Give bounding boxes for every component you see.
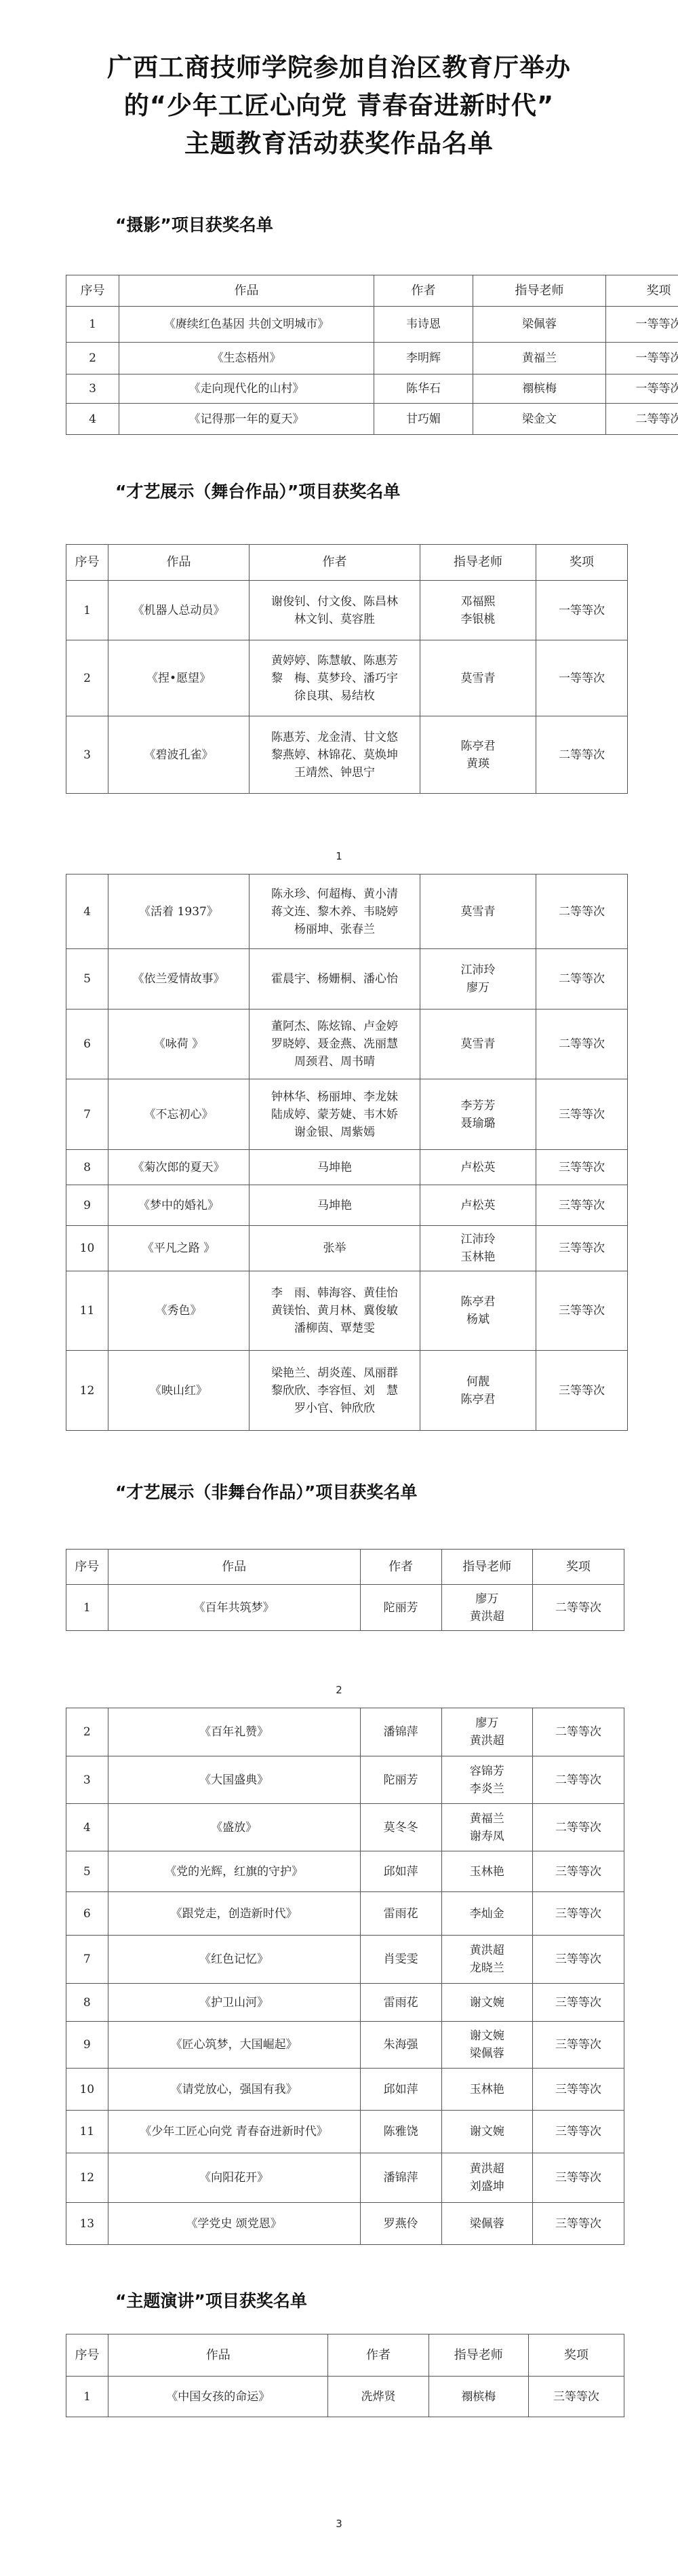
teacher-line: 玉林艳 [445, 2081, 530, 2098]
cell-work: 《百年共筑梦》 [108, 1585, 360, 1631]
cell-award: 二等等次 [536, 716, 628, 794]
cell-work: 《学党史 颂党恩》 [108, 2203, 360, 2245]
cell-work: 《请党放心，强国有我》 [108, 2069, 360, 2111]
col-header-work: 作品 [108, 1550, 360, 1585]
cell-author: 李 雨、韩海容、黄佳怡黄镁怡、黄月林、冀俊敏潘柳茵、覃楚雯 [250, 1271, 420, 1351]
cell-author: 邱如萍 [360, 2069, 441, 2111]
cell-teacher: 谢文婉 [441, 2111, 532, 2153]
teacher-line: 梁佩蓉 [445, 2215, 530, 2233]
cell-award: 二等等次 [532, 1804, 624, 1851]
col-header-no: 序号 [66, 1550, 108, 1585]
cell-teacher: 廖万黄洪超 [441, 1585, 532, 1631]
col-header-teacher: 指导老师 [441, 1550, 532, 1585]
cell-teacher: 梁佩蓉 [441, 2203, 532, 2245]
title-line-1: 广西工商技师学院参加自治区教育厅举办 [0, 49, 678, 87]
teacher-line: 玉林艳 [445, 1863, 530, 1881]
table-row: 3 《走向现代化的山村》 陈华石 禤槟梅 一等等次 [66, 374, 678, 404]
cell-award: 二等等次 [536, 1010, 628, 1079]
author-line: 王靖然、钟思宁 [252, 764, 417, 782]
cell-no: 10 [66, 2069, 108, 2111]
page-number-1: 1 [0, 850, 678, 862]
teacher-line: 莫雪青 [423, 670, 533, 687]
author-line: 陈惠芳、龙金清、甘文悠 [252, 729, 417, 746]
cell-author: 陀丽芳 [360, 1585, 441, 1631]
table-row: 4 《活着 1937》 陈永珍、何超梅、黄小清蒋文连、黎木养、韦晓婷杨丽坤、张春… [66, 874, 628, 949]
table-row: 1 《中国女孩的命运》 冼烨贤 禤槟梅 三等等次 [66, 2377, 624, 2417]
table-row: 6 《跟党走，创造新时代》 雷雨花 李灿金 三等等次 [66, 1892, 624, 1936]
cell-author: 陈雅饶 [360, 2111, 441, 2153]
table-row: 1 《赓续红色基因 共创文明城市》 韦诗恩 梁佩蓉 一等等次 [66, 307, 678, 343]
teacher-line: 陈亭君 [423, 1391, 533, 1408]
table-row: 5 《依兰爱情故事》 霍晨宇、杨姗桐、潘心怡 江沛玲廖万 二等等次 [66, 949, 628, 1010]
cell-author: 朱海强 [360, 2022, 441, 2069]
cell-award: 三等等次 [532, 2203, 624, 2245]
teacher-line: 黄洪超 [445, 1608, 530, 1626]
cell-award: 二等等次 [532, 1708, 624, 1756]
table-header-row: 序号 作品 作者 指导老师 奖项 [66, 275, 678, 307]
cell-author: 韦诗恩 [374, 307, 473, 343]
teacher-line: 龙晓兰 [445, 1959, 530, 1977]
cell-award: 二等等次 [606, 404, 678, 435]
stage-awards-table-part1: 序号 作品 作者 指导老师 奖项 1 《机器人总动员》 谢俊钊、付文俊、陈昌林林… [66, 544, 628, 794]
cell-no: 3 [66, 716, 108, 794]
cell-teacher: 玉林艳 [441, 1851, 532, 1892]
cell-author: 陈惠芳、龙金清、甘文悠黎燕婷、林锦花、莫焕坤王靖然、钟思宁 [250, 716, 420, 794]
cell-no: 8 [66, 1150, 108, 1185]
title-line-2: 的“少年工匠心向党 青春奋进新时代” [0, 87, 678, 125]
section-heading-speech: “主题演讲”项目获奖名单 [115, 2288, 307, 2312]
cell-author: 莫冬冬 [360, 1804, 441, 1851]
teacher-line: 江沛玲 [423, 1231, 533, 1248]
col-header-no: 序号 [66, 545, 108, 581]
table-row: 5 《党的光辉，红旗的守护》 邱如萍 玉林艳 三等等次 [66, 1851, 624, 1892]
teacher-line: 聂瑜璐 [423, 1115, 533, 1132]
table-row: 2 《捏•愿望》 黄婷婷、陈慧敏、陈惠芳黎 梅、莫梦玲、潘巧宇徐良琪、易结枚 莫… [66, 640, 628, 716]
author-line: 马坤艳 [252, 1197, 417, 1214]
table-row: 11 《少年工匠心向党 青春奋进新时代》 陈雅饶 谢文婉 三等等次 [66, 2111, 624, 2153]
teacher-line: 何靓 [423, 1373, 533, 1391]
cell-work: 《捏•愿望》 [108, 640, 250, 716]
cell-award: 二等等次 [532, 1756, 624, 1804]
teacher-line: 梁佩蓉 [445, 2045, 530, 2062]
teacher-line: 李灿金 [445, 1905, 530, 1923]
table-row: 1 《百年共筑梦》 陀丽芳 廖万黄洪超 二等等次 [66, 1585, 624, 1631]
cell-no: 9 [66, 1185, 108, 1226]
cell-work: 《中国女孩的命运》 [108, 2377, 328, 2417]
cell-award: 三等等次 [536, 1150, 628, 1185]
table-header-row: 序号 作品 作者 指导老师 奖项 [66, 1550, 624, 1585]
cell-work: 《依兰爱情故事》 [108, 949, 250, 1010]
col-header-work: 作品 [108, 545, 250, 581]
teacher-line: 卢松英 [423, 1197, 533, 1214]
cell-award: 三等等次 [532, 1851, 624, 1892]
cell-award: 三等等次 [536, 1226, 628, 1271]
cell-award: 三等等次 [536, 1185, 628, 1226]
cell-award: 三等等次 [536, 1351, 628, 1431]
cell-teacher: 黄福兰 [473, 343, 606, 374]
author-line: 黄镁怡、黄月林、冀俊敏 [252, 1302, 417, 1320]
cell-author: 冼烨贤 [328, 2377, 428, 2417]
section-heading-non-stage: “才艺展示（非舞台作品）”项目获奖名单 [115, 1479, 417, 1503]
teacher-line: 容锦芳 [445, 1763, 530, 1780]
page-number-2: 2 [0, 1684, 678, 1696]
title-line-3: 主题教育活动获奖作品名单 [0, 125, 678, 163]
cell-award: 一等等次 [536, 581, 628, 640]
cell-no: 4 [66, 404, 119, 435]
author-line: 谢金银、周紫嫣 [252, 1123, 417, 1141]
cell-work: 《菊次郎的夏天》 [108, 1150, 250, 1185]
cell-no: 1 [66, 581, 108, 640]
cell-author: 马坤艳 [250, 1150, 420, 1185]
author-line: 霍晨宇、杨姗桐、潘心怡 [252, 970, 417, 988]
non-stage-awards-table-part1: 序号 作品 作者 指导老师 奖项 1 《百年共筑梦》 陀丽芳 廖万黄洪超 二等等… [66, 1549, 624, 1631]
author-line: 董阿杰、陈炫锦、卢金婷 [252, 1018, 417, 1035]
cell-teacher: 谢文婉 [441, 1984, 532, 2022]
cell-author: 李明辉 [374, 343, 473, 374]
cell-author: 谢俊钊、付文俊、陈昌林林文钊、莫容胜 [250, 581, 420, 640]
cell-teacher: 黄洪超龙晓兰 [441, 1936, 532, 1984]
table-row: 2 《百年礼赞》 潘锦萍 廖万黄洪超 二等等次 [66, 1708, 624, 1756]
speech-awards-table: 序号 作品 作者 指导老师 奖项 1 《中国女孩的命运》 冼烨贤 禤槟梅 三等等… [66, 2334, 624, 2417]
cell-award: 三等等次 [536, 1271, 628, 1351]
author-line: 黄婷婷、陈慧敏、陈惠芳 [252, 652, 417, 670]
col-header-work: 作品 [108, 2334, 328, 2377]
teacher-line: 莫雪青 [423, 1035, 533, 1053]
cell-work: 《碧波孔雀》 [108, 716, 250, 794]
col-header-award: 奖项 [532, 1550, 624, 1585]
table-row: 13 《学党史 颂党恩》 罗燕伶 梁佩蓉 三等等次 [66, 2203, 624, 2245]
col-header-no: 序号 [66, 2334, 108, 2377]
author-line: 张举 [252, 1239, 417, 1257]
cell-author: 甘巧媚 [374, 404, 473, 435]
table-row: 8 《护卫山河》 雷雨花 谢文婉 三等等次 [66, 1984, 624, 2022]
teacher-line: 黄洪超 [445, 1942, 530, 1959]
teacher-line: 廖万 [423, 979, 533, 997]
cell-award: 三等等次 [532, 2022, 624, 2069]
cell-author: 罗燕伶 [360, 2203, 441, 2245]
cell-award: 三等等次 [532, 1936, 624, 1984]
cell-author: 潘锦萍 [360, 1708, 441, 1756]
col-header-no: 序号 [66, 275, 119, 307]
table-row: 6 《咏荷 》 董阿杰、陈炫锦、卢金婷罗晓婷、聂金燕、冼丽慧周颈君、周书晴 莫雪… [66, 1010, 628, 1079]
table-row: 4 《记得那一年的夏天》 甘巧媚 梁金文 二等等次 [66, 404, 678, 435]
cell-award: 三等等次 [532, 1984, 624, 2022]
col-header-teacher: 指导老师 [420, 545, 536, 581]
author-line: 梁艳兰、胡炎莲、凤丽群 [252, 1364, 417, 1382]
cell-author: 张举 [250, 1226, 420, 1271]
table-row: 11 《秀色》 李 雨、韩海容、黄佳怡黄镁怡、黄月林、冀俊敏潘柳茵、覃楚雯 陈亭… [66, 1271, 628, 1351]
photography-awards-table: 序号 作品 作者 指导老师 奖项 1 《赓续红色基因 共创文明城市》 韦诗恩 梁… [66, 275, 678, 435]
cell-author: 钟林华、杨丽坤、李龙妹陆成婷、蒙芳婕、韦木娇谢金银、周紫嫣 [250, 1079, 420, 1150]
author-line: 黎燕婷、林锦花、莫焕坤 [252, 746, 417, 764]
teacher-line: 谢文婉 [445, 2123, 530, 2140]
cell-work: 《梦中的婚礼》 [108, 1185, 250, 1226]
author-line: 周颈君、周书晴 [252, 1053, 417, 1071]
cell-no: 6 [66, 1010, 108, 1079]
teacher-line: 黄瑛 [423, 755, 533, 773]
cell-teacher: 黄福兰谢寿凤 [441, 1804, 532, 1851]
cell-author: 邱如萍 [360, 1851, 441, 1892]
cell-teacher: 李芳芳聂瑜璐 [420, 1079, 536, 1150]
teacher-line: 江沛玲 [423, 961, 533, 979]
author-line: 陈永珍、何超梅、黄小清 [252, 885, 417, 903]
cell-teacher: 陈亭君杨斌 [420, 1271, 536, 1351]
cell-no: 5 [66, 949, 108, 1010]
cell-author: 董阿杰、陈炫锦、卢金婷罗晓婷、聂金燕、冼丽慧周颈君、周书晴 [250, 1010, 420, 1079]
cell-author: 陈华石 [374, 374, 473, 404]
cell-work: 《活着 1937》 [108, 874, 250, 949]
author-line: 蒋文连、黎木养、韦晓婷 [252, 903, 417, 921]
cell-work: 《咏荷 》 [108, 1010, 250, 1079]
cell-teacher: 容锦芳李炎兰 [441, 1756, 532, 1804]
cell-author: 雷雨花 [360, 1984, 441, 2022]
author-line: 马坤艳 [252, 1159, 417, 1176]
col-header-award: 奖项 [536, 545, 628, 581]
table-header-row: 序号 作品 作者 指导老师 奖项 [66, 545, 628, 581]
cell-award: 一等等次 [606, 307, 678, 343]
author-line: 徐良琪、易结枚 [252, 687, 417, 705]
author-line: 陆成婷、蒙芳婕、韦木娇 [252, 1106, 417, 1123]
teacher-line: 莫雪青 [423, 903, 533, 921]
teacher-line: 廖万 [445, 1590, 530, 1608]
cell-teacher: 李灿金 [441, 1892, 532, 1936]
cell-work: 《记得那一年的夏天》 [119, 404, 374, 435]
cell-no: 7 [66, 1079, 108, 1150]
section-heading-stage: “才艺展示（舞台作品）”项目获奖名单 [115, 478, 400, 503]
table-row: 3 《碧波孔雀》 陈惠芳、龙金清、甘文悠黎燕婷、林锦花、莫焕坤王靖然、钟思宁 陈… [66, 716, 628, 794]
teacher-line: 李炎兰 [445, 1780, 530, 1798]
cell-teacher: 禤槟梅 [428, 2377, 528, 2417]
cell-award: 二等等次 [536, 949, 628, 1010]
teacher-line: 黄福兰 [445, 1810, 530, 1828]
cell-award: 三等等次 [532, 2069, 624, 2111]
table-header-row: 序号 作品 作者 指导老师 奖项 [66, 2334, 624, 2377]
col-header-author: 作者 [374, 275, 473, 307]
cell-author: 肖雯雯 [360, 1936, 441, 1984]
table-row: 3 《大国盛典》 陀丽芳 容锦芳李炎兰 二等等次 [66, 1756, 624, 1804]
author-line: 潘柳茵、覃楚雯 [252, 1320, 417, 1337]
cell-no: 2 [66, 343, 119, 374]
cell-teacher: 卢松英 [420, 1150, 536, 1185]
page-number-3: 3 [0, 2518, 678, 2530]
author-line: 黎 梅、莫梦玲、潘巧宇 [252, 670, 417, 687]
teacher-line: 玉林艳 [423, 1248, 533, 1266]
teacher-line: 陈亭君 [423, 737, 533, 755]
table-row: 2 《生态梧州》 李明辉 黄福兰 一等等次 [66, 343, 678, 374]
author-line: 李 雨、韩海容、黄佳怡 [252, 1284, 417, 1302]
author-line: 谢俊钊、付文俊、陈昌林 [252, 593, 417, 611]
cell-work: 《不忘初心》 [108, 1079, 250, 1150]
stage-awards-table-part2: 4 《活着 1937》 陈永珍、何超梅、黄小清蒋文连、黎木养、韦晓婷杨丽坤、张春… [66, 874, 628, 1431]
cell-teacher: 廖万黄洪超 [441, 1708, 532, 1756]
cell-no: 1 [66, 307, 119, 343]
col-header-author: 作者 [250, 545, 420, 581]
cell-teacher: 江沛玲廖万 [420, 949, 536, 1010]
cell-award: 三等等次 [532, 2153, 624, 2203]
cell-work: 《向阳花开》 [108, 2153, 360, 2203]
col-header-teacher: 指导老师 [473, 275, 606, 307]
cell-award: 三等等次 [532, 2111, 624, 2153]
cell-author: 梁艳兰、胡炎莲、凤丽群黎欣欣、李容恒、刘 慧罗小官、钟欣欣 [250, 1351, 420, 1431]
cell-teacher: 陈亭君黄瑛 [420, 716, 536, 794]
col-header-award: 奖项 [528, 2334, 624, 2377]
cell-award: 一等等次 [606, 343, 678, 374]
cell-work: 《机器人总动员》 [108, 581, 250, 640]
teacher-line: 李芳芳 [423, 1097, 533, 1115]
table-row: 12 《映山红》 梁艳兰、胡炎莲、凤丽群黎欣欣、李容恒、刘 慧罗小官、钟欣欣 何… [66, 1351, 628, 1431]
cell-teacher: 江沛玲玉林艳 [420, 1226, 536, 1271]
cell-award: 二等等次 [536, 874, 628, 949]
cell-no: 11 [66, 1271, 108, 1351]
cell-work: 《匠心筑梦，大国崛起》 [108, 2022, 360, 2069]
cell-no: 9 [66, 2022, 108, 2069]
cell-no: 12 [66, 2153, 108, 2203]
section-heading-photography: “摄影”项目获奖名单 [115, 212, 273, 236]
teacher-line: 谢文婉 [445, 2027, 530, 2045]
teacher-line: 黄洪超 [445, 1732, 530, 1750]
col-header-work: 作品 [119, 275, 374, 307]
document-title: 广西工商技师学院参加自治区教育厅举办 的“少年工匠心向党 青春奋进新时代” 主题… [0, 49, 678, 163]
teacher-line: 谢文婉 [445, 1994, 530, 2012]
cell-teacher: 何靓陈亭君 [420, 1351, 536, 1431]
cell-work: 《生态梧州》 [119, 343, 374, 374]
cell-work: 《盛放》 [108, 1804, 360, 1851]
table-row: 1 《机器人总动员》 谢俊钊、付文俊、陈昌林林文钊、莫容胜 邓福熙李银桃 一等等… [66, 581, 628, 640]
cell-no: 8 [66, 1984, 108, 2022]
cell-award: 三等等次 [536, 1079, 628, 1150]
cell-work: 《大国盛典》 [108, 1756, 360, 1804]
author-line: 罗晓婷、聂金燕、冼丽慧 [252, 1035, 417, 1053]
cell-author: 陀丽芳 [360, 1756, 441, 1804]
cell-award: 三等等次 [528, 2377, 624, 2417]
teacher-line: 李银桃 [423, 611, 533, 628]
cell-teacher: 玉林艳 [441, 2069, 532, 2111]
teacher-line: 黄洪超 [445, 2160, 530, 2178]
cell-no: 1 [66, 1585, 108, 1631]
author-line: 钟林华、杨丽坤、李龙妹 [252, 1088, 417, 1106]
cell-no: 3 [66, 1756, 108, 1804]
cell-work: 《映山红》 [108, 1351, 250, 1431]
table-row: 8 《菊次郎的夏天》 马坤艳 卢松英 三等等次 [66, 1150, 628, 1185]
author-line: 罗小官、钟欣欣 [252, 1400, 417, 1417]
cell-work: 《秀色》 [108, 1271, 250, 1351]
teacher-line: 刘盛坤 [445, 2178, 530, 2195]
teacher-line: 陈亭君 [423, 1293, 533, 1311]
cell-no: 2 [66, 640, 108, 716]
cell-no: 3 [66, 374, 119, 404]
cell-author: 陈永珍、何超梅、黄小清蒋文连、黎木养、韦晓婷杨丽坤、张春兰 [250, 874, 420, 949]
cell-author: 潘锦萍 [360, 2153, 441, 2203]
table-row: 10 《请党放心，强国有我》 邱如萍 玉林艳 三等等次 [66, 2069, 624, 2111]
teacher-line: 廖万 [445, 1714, 530, 1732]
cell-no: 7 [66, 1936, 108, 1984]
col-header-award: 奖项 [606, 275, 678, 307]
cell-work: 《红色记忆》 [108, 1936, 360, 1984]
cell-teacher: 谢文婉梁佩蓉 [441, 2022, 532, 2069]
cell-award: 一等等次 [606, 374, 678, 404]
table-row: 9 《梦中的婚礼》 马坤艳 卢松英 三等等次 [66, 1185, 628, 1226]
non-stage-awards-table-part2: 2 《百年礼赞》 潘锦萍 廖万黄洪超 二等等次 3 《大国盛典》 陀丽芳 容锦芳… [66, 1708, 624, 2245]
author-line: 林文钊、莫容胜 [252, 611, 417, 628]
cell-author: 马坤艳 [250, 1185, 420, 1226]
cell-no: 6 [66, 1892, 108, 1936]
table-row: 7 《红色记忆》 肖雯雯 黄洪超龙晓兰 三等等次 [66, 1936, 624, 1984]
cell-teacher: 莫雪青 [420, 874, 536, 949]
cell-no: 5 [66, 1851, 108, 1892]
cell-work: 《平凡之路 》 [108, 1226, 250, 1271]
cell-teacher: 禤槟梅 [473, 374, 606, 404]
cell-teacher: 邓福熙李银桃 [420, 581, 536, 640]
teacher-line: 杨斌 [423, 1311, 533, 1328]
cell-author: 黄婷婷、陈慧敏、陈惠芳黎 梅、莫梦玲、潘巧宇徐良琪、易结枚 [250, 640, 420, 716]
cell-award: 一等等次 [536, 640, 628, 716]
cell-work: 《少年工匠心向党 青春奋进新时代》 [108, 2111, 360, 2153]
cell-work: 《赓续红色基因 共创文明城市》 [119, 307, 374, 343]
cell-no: 10 [66, 1226, 108, 1271]
col-header-author: 作者 [328, 2334, 428, 2377]
cell-author: 霍晨宇、杨姗桐、潘心怡 [250, 949, 420, 1010]
cell-work: 《党的光辉，红旗的守护》 [108, 1851, 360, 1892]
cell-work: 《护卫山河》 [108, 1984, 360, 2022]
cell-work: 《走向现代化的山村》 [119, 374, 374, 404]
teacher-line: 谢寿凤 [445, 1828, 530, 1845]
cell-no: 12 [66, 1351, 108, 1431]
table-row: 9 《匠心筑梦，大国崛起》 朱海强 谢文婉梁佩蓉 三等等次 [66, 2022, 624, 2069]
author-line: 黎欣欣、李容恒、刘 慧 [252, 1382, 417, 1400]
cell-award: 二等等次 [532, 1585, 624, 1631]
col-header-author: 作者 [360, 1550, 441, 1585]
table-row: 4 《盛放》 莫冬冬 黄福兰谢寿凤 二等等次 [66, 1804, 624, 1851]
cell-award: 三等等次 [532, 1892, 624, 1936]
cell-no: 1 [66, 2377, 108, 2417]
cell-teacher: 卢松英 [420, 1185, 536, 1226]
teacher-line: 邓福熙 [423, 593, 533, 611]
cell-work: 《百年礼赞》 [108, 1708, 360, 1756]
cell-teacher: 梁金文 [473, 404, 606, 435]
table-row: 7 《不忘初心》 钟林华、杨丽坤、李龙妹陆成婷、蒙芳婕、韦木娇谢金银、周紫嫣 李… [66, 1079, 628, 1150]
cell-no: 11 [66, 2111, 108, 2153]
cell-teacher: 莫雪青 [420, 640, 536, 716]
cell-teacher: 梁佩蓉 [473, 307, 606, 343]
table-row: 12 《向阳花开》 潘锦萍 黄洪超刘盛坤 三等等次 [66, 2153, 624, 2203]
cell-no: 4 [66, 1804, 108, 1851]
cell-teacher: 莫雪青 [420, 1010, 536, 1079]
author-line: 杨丽坤、张春兰 [252, 921, 417, 938]
cell-author: 雷雨花 [360, 1892, 441, 1936]
cell-no: 13 [66, 2203, 108, 2245]
table-row: 10 《平凡之路 》 张举 江沛玲玉林艳 三等等次 [66, 1226, 628, 1271]
cell-teacher: 黄洪超刘盛坤 [441, 2153, 532, 2203]
cell-no: 2 [66, 1708, 108, 1756]
col-header-teacher: 指导老师 [428, 2334, 528, 2377]
cell-no: 4 [66, 874, 108, 949]
cell-work: 《跟党走，创造新时代》 [108, 1892, 360, 1936]
teacher-line: 卢松英 [423, 1159, 533, 1176]
